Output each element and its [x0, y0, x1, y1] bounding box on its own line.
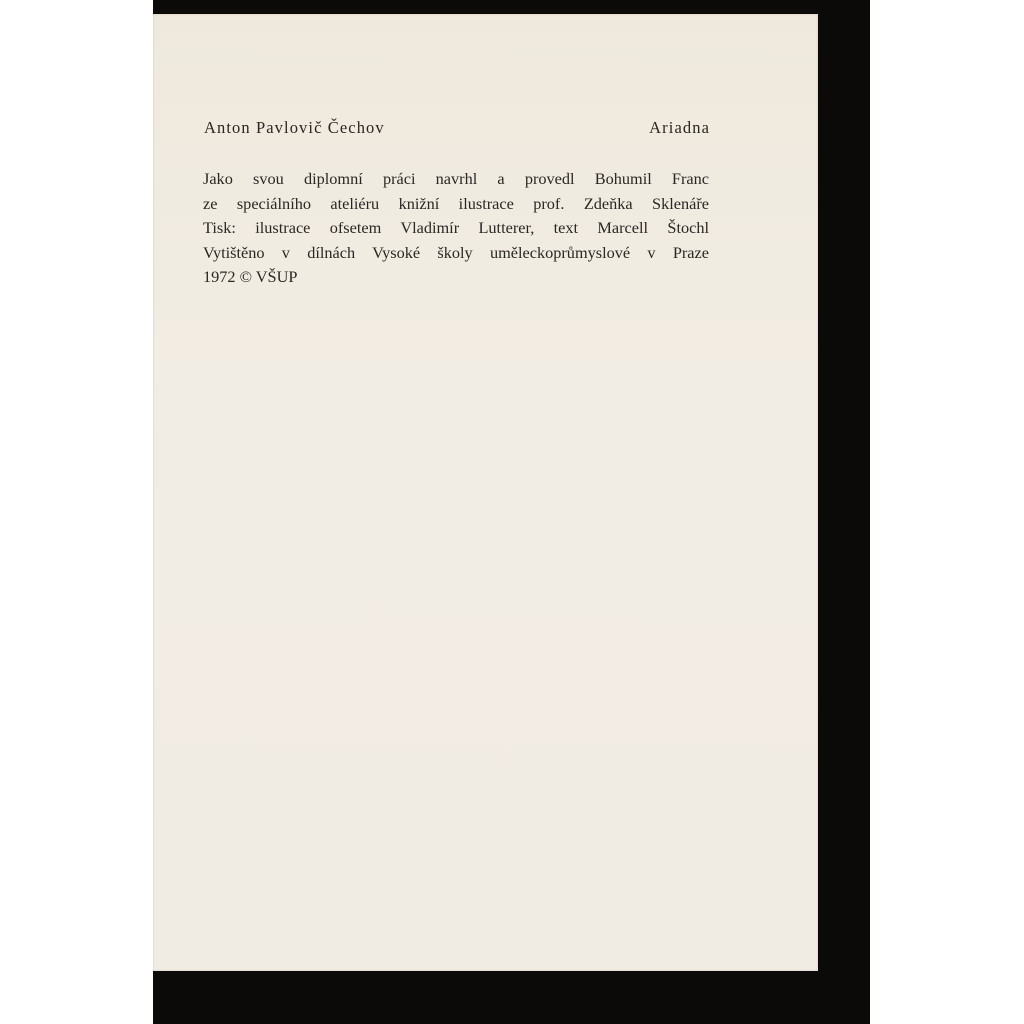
colophon-line: Jako svou diplomní práci navrhl a proved…: [203, 167, 709, 192]
colophon-line: Vytištěno v dílnách Vysoké školy uměleck…: [203, 241, 709, 266]
author-name: Anton Pavlovič Čechov: [204, 118, 385, 138]
book-title: Ariadna: [649, 118, 710, 138]
colophon: Jako svou diplomní práci navrhl a proved…: [203, 167, 709, 290]
book-page: Anton Pavlovič Čechov Ariadna Jako svou …: [153, 14, 818, 971]
colophon-line: Tisk: ilustrace ofsetem Vladimír Luttere…: [203, 216, 709, 241]
colophon-line: ze speciálního ateliéru knižní ilustrace…: [203, 192, 709, 217]
colophon-line: 1972 © VŠUP: [203, 265, 709, 290]
